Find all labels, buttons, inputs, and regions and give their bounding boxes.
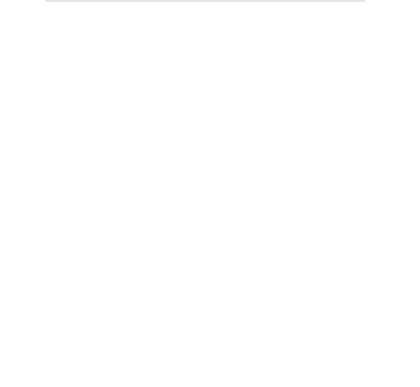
document-page (0, 0, 420, 387)
